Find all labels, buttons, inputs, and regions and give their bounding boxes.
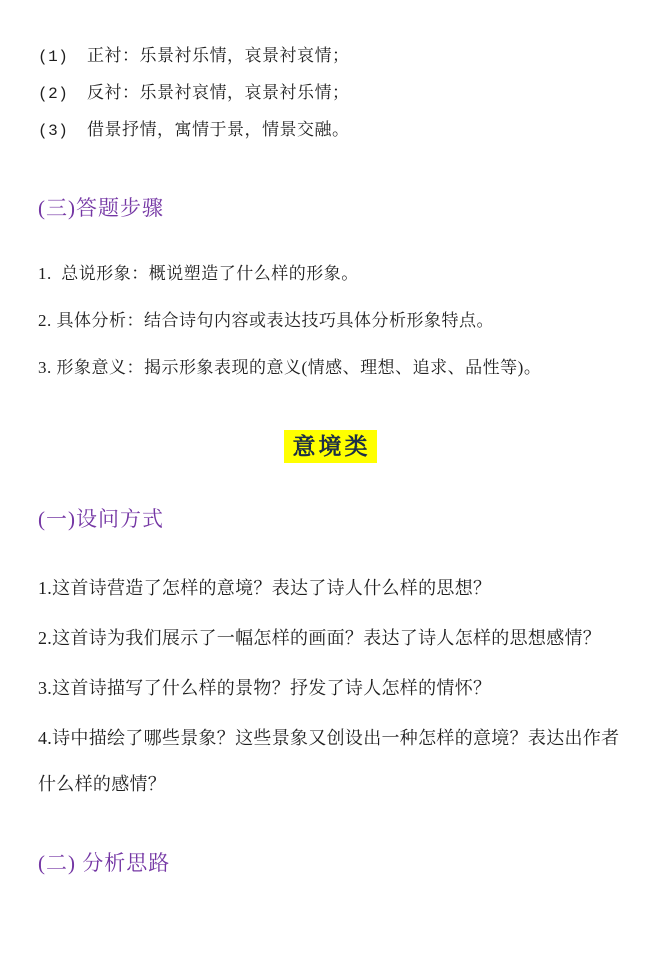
list-item-number: (3) <box>38 114 87 149</box>
list-item-text: 反衬：乐景衬哀情，哀景衬乐情； <box>87 75 622 110</box>
question-item: 1.这首诗营造了怎样的意境？表达了诗人什么样的思想？ <box>38 565 622 611</box>
document-page: (1) 正衬：乐景衬乐情，哀景衬哀情； (2) 反衬：乐景衬哀情，哀景衬乐情； … <box>0 0 660 957</box>
step-item: 3. 形象意义：揭示形象表现的意义(情感、理想、追求、品性等)。 <box>38 356 622 380</box>
step-item: 1. 总说形象：概说塑造了什么样的形象。 <box>38 262 622 286</box>
section-heading-question-styles: (一)设问方式 <box>38 505 622 533</box>
list-item-number: (1) <box>38 40 87 75</box>
list-item-text: 借景抒情，寓情于景，情景交融。 <box>87 112 622 147</box>
bottom-whitespace <box>38 877 622 957</box>
list-item: (1) 正衬：乐景衬乐情，哀景衬哀情； <box>38 38 622 75</box>
question-styles-list: 1.这首诗营造了怎样的意境？表达了诗人什么样的思想？ 2.这首诗为我们展示了一幅… <box>38 565 622 807</box>
question-item: 2.这首诗为我们展示了一幅怎样的画面？表达了诗人怎样的思想感情？ <box>38 615 622 661</box>
topic-title-highlight: 意境类 <box>284 430 377 463</box>
section-heading-answer-steps: (三)答题步骤 <box>38 194 622 222</box>
list-item: (3) 借景抒情，寓情于景，情景交融。 <box>38 112 622 149</box>
list-item: (2) 反衬：乐景衬哀情，哀景衬乐情； <box>38 75 622 112</box>
question-item: 3.这首诗描写了什么样的景物？抒发了诗人怎样的情怀？ <box>38 665 622 711</box>
list-item-number: (2) <box>38 77 87 112</box>
list-item-text: 正衬：乐景衬乐情，哀景衬哀情； <box>87 38 622 73</box>
step-item: 2. 具体分析：结合诗句内容或表达技巧具体分析形象特点。 <box>38 309 622 333</box>
topic-title-row: 意境类 <box>38 430 622 463</box>
question-item: 4.诗中描绘了哪些景象？这些景象又创设出一种怎样的意境？表达出作者什么样的感情？ <box>38 715 622 807</box>
contrast-techniques-list: (1) 正衬：乐景衬乐情，哀景衬哀情； (2) 反衬：乐景衬哀情，哀景衬乐情； … <box>38 38 622 149</box>
answer-steps-list: 1. 总说形象：概说塑造了什么样的形象。 2. 具体分析：结合诗句内容或表达技巧… <box>38 262 622 380</box>
section-heading-analysis-approach: (二) 分析思路 <box>38 849 622 877</box>
